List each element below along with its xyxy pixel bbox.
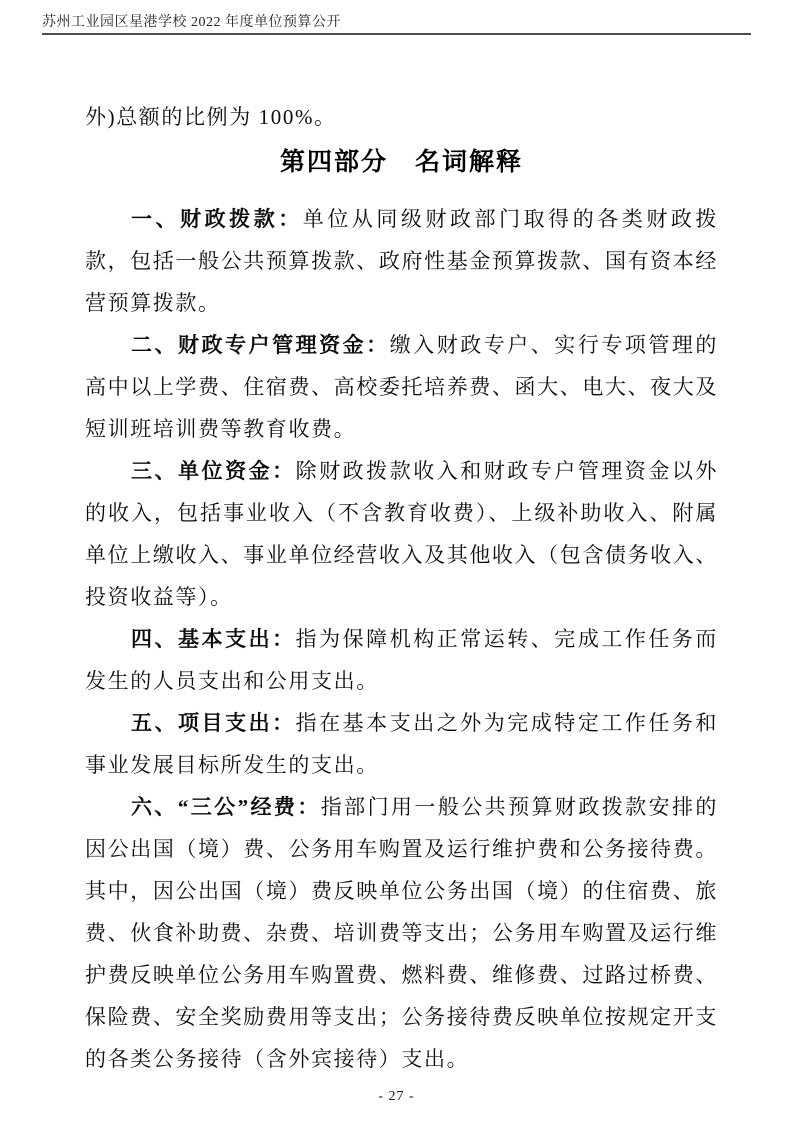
intro-line: 外)总额的比例为 100%。 <box>85 96 718 138</box>
term-paragraph-6: 六、“三公”经费：指部门用一般公共预算财政拨款安排的因公出国（境）费、公务用车购… <box>85 786 718 1080</box>
page-header: 苏州工业园区星港学校 2022 年度单位预算公开 <box>42 14 751 35</box>
term-text: 指部门用一般公共预算财政拨款安排的因公出国（境）费、公务用车购置及运行维护费和公… <box>85 795 718 1071</box>
term-label: 三、单位资金： <box>131 459 296 483</box>
term-label: 五、项目支出： <box>131 711 296 735</box>
term-paragraph-5: 五、项目支出：指在基本支出之外为完成特定工作任务和事业发展目标所发生的支出。 <box>85 702 718 786</box>
term-label: 六、“三公”经费： <box>131 795 321 819</box>
term-label: 四、基本支出： <box>131 627 296 651</box>
header-title: 苏州工业园区星港学校 2022 年度单位预算公开 <box>42 14 751 31</box>
term-paragraph-4: 四、基本支出：指为保障机构正常运转、完成工作任务而发生的人员支出和公用支出。 <box>85 618 718 702</box>
term-paragraph-1: 一、财政拨款：单位从同级财政部门取得的各类财政拨款，包括一般公共预算拨款、政府性… <box>85 198 718 324</box>
term-paragraph-2: 二、财政专户管理资金：缴入财政专户、实行专项管理的高中以上学费、住宿费、高校委托… <box>85 324 718 450</box>
document-body: 外)总额的比例为 100%。 第四部分 名词解释 一、财政拨款：单位从同级财政部… <box>85 96 718 1080</box>
section-title: 第四部分 名词解释 <box>85 142 718 184</box>
header-rule <box>42 33 751 35</box>
page-number: - 27 - <box>0 1089 793 1105</box>
term-label: 一、财政拨款： <box>131 207 303 231</box>
term-label: 二、财政专户管理资金： <box>131 333 390 357</box>
document-page: 苏州工业园区星港学校 2022 年度单位预算公开 外)总额的比例为 100%。 … <box>0 0 793 1121</box>
term-paragraph-3: 三、单位资金：除财政拨款收入和财政专户管理资金以外的收入，包括事业收入（不含教育… <box>85 450 718 618</box>
